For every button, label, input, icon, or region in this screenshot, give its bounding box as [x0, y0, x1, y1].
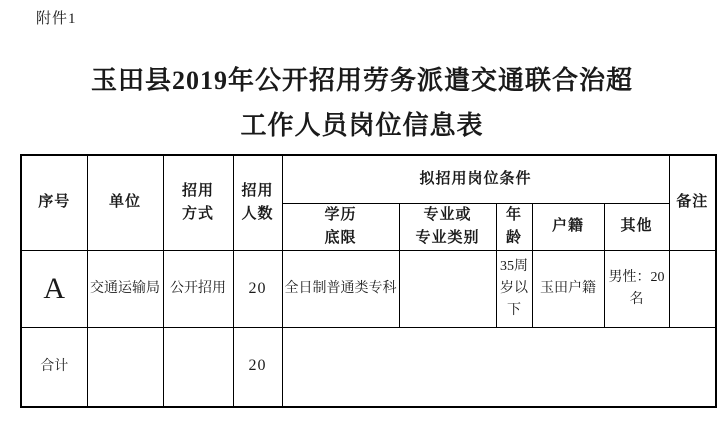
page-title: 玉田县2019年公开招用劳务派遣交通联合治超 工作人员岗位信息表 [0, 58, 724, 148]
total-merged-cell [282, 328, 716, 407]
page-title-line-2: 工作人员岗位信息表 [0, 103, 724, 148]
cell-household: 玉田户籍 [532, 251, 604, 328]
col-header-conditions-group: 拟招用岗位条件 [282, 155, 669, 203]
col-header-major: 专业或 专业类别 [399, 203, 496, 251]
total-unit-cell [87, 328, 163, 407]
col-header-count: 招用 人数 [233, 155, 282, 251]
job-info-table: 序号 单位 招用 方式 招用 人数 拟招用岗位条件 备注 学历 底限 专业或 专… [20, 154, 717, 408]
cell-other: 男性：20 名 [604, 251, 669, 328]
cell-count: 20 [233, 251, 282, 328]
table-total-row: 合计 20 [21, 328, 716, 407]
col-header-remark: 备注 [669, 155, 716, 251]
col-header-seq: 序号 [21, 155, 87, 251]
col-header-age: 年 龄 [496, 203, 532, 251]
col-header-education: 学历 底限 [282, 203, 399, 251]
total-method-cell [163, 328, 233, 407]
col-header-unit: 单位 [87, 155, 163, 251]
page-title-line-1: 玉田县2019年公开招用劳务派遣交通联合治超 [0, 58, 724, 103]
total-label-cell: 合计 [21, 328, 87, 407]
table-header-row-1: 序号 单位 招用 方式 招用 人数 拟招用岗位条件 备注 [21, 155, 716, 203]
col-header-household: 户籍 [532, 203, 604, 251]
cell-major [399, 251, 496, 328]
attachment-label: 附件1 [36, 7, 77, 28]
cell-age: 35周 岁以 下 [496, 251, 532, 328]
cell-remark [669, 251, 716, 328]
table-row-a: A 交通运输局 公开招用 20 全日制普通类专科 35周 岁以 下 玉田户籍 男… [21, 251, 716, 328]
total-count-cell: 20 [233, 328, 282, 407]
cell-seq: A [21, 251, 87, 328]
col-header-other: 其他 [604, 203, 669, 251]
cell-unit: 交通运输局 [87, 251, 163, 328]
cell-method: 公开招用 [163, 251, 233, 328]
col-header-method: 招用 方式 [163, 155, 233, 251]
cell-education: 全日制普通类专科 [282, 251, 399, 328]
